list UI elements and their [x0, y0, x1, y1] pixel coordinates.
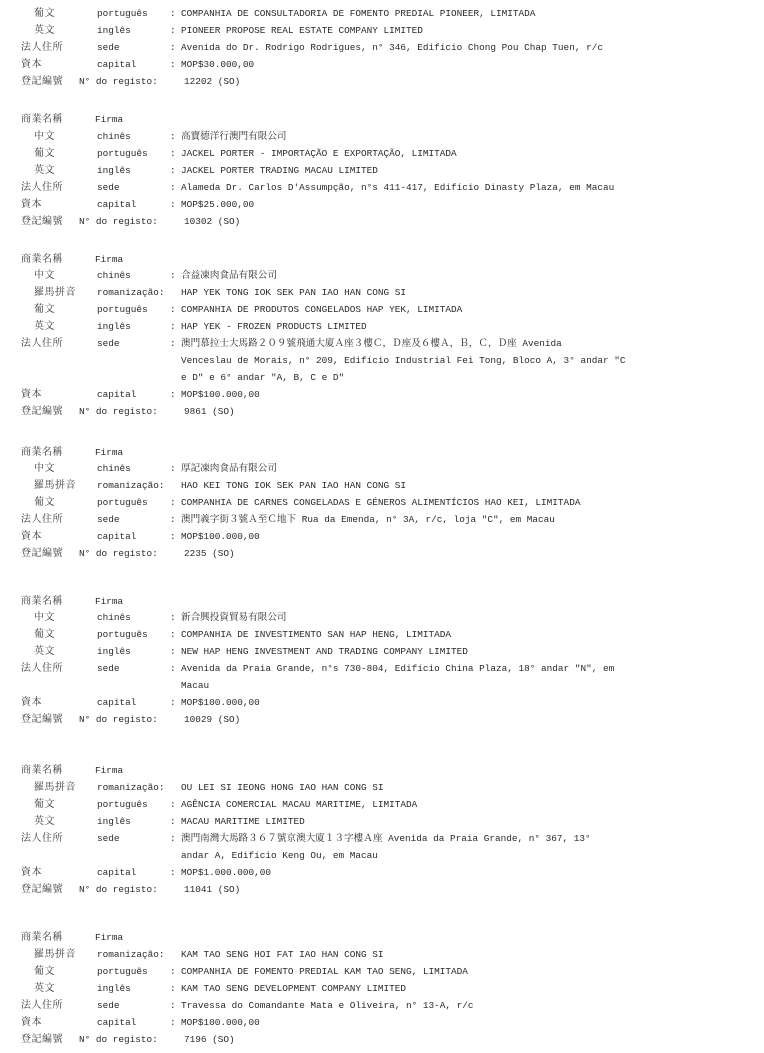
- field-label-zh: 中文: [34, 460, 55, 478]
- field-label-zh: 資本: [21, 864, 42, 882]
- field-label-zh: 羅馬拼音: [34, 284, 76, 302]
- colon: :: [170, 267, 176, 285]
- portuguese-name-value: COMPANHIA DE FOMENTO PREDIAL KAM TAO SEN…: [181, 963, 468, 981]
- field-label-pt: romanização:: [97, 477, 165, 495]
- field-label-pt: romanização:: [97, 946, 165, 964]
- field-label-pt: capital: [97, 196, 136, 214]
- field-label-zh: 中文: [34, 267, 55, 285]
- portuguese-name-value: COMPANHIA DE CONSULTADORIA DE FOMENTO PR…: [181, 5, 535, 23]
- field-label-zh: 法人住所: [21, 335, 63, 353]
- seat-value-pt: Avenida da Praia Grande, n° 367, 13°: [388, 833, 591, 844]
- field-label-zh: 登記編號: [21, 213, 63, 231]
- field-label-zh: 商業名稱: [21, 762, 63, 780]
- chinese-name-value: 高寶德洋行澳門有限公司: [181, 128, 287, 146]
- field-label-zh: 商業名稱: [21, 444, 63, 462]
- colon: :: [170, 997, 176, 1015]
- colon: :: [170, 22, 176, 40]
- seat-value-continuation: Venceslau de Morais, n° 209, Edifício In…: [181, 352, 625, 370]
- field-label-pt: sede: [97, 179, 120, 197]
- colon: :: [170, 528, 176, 546]
- field-label-pt: sede: [97, 39, 120, 57]
- field-label-zh: 中文: [34, 609, 55, 627]
- field-label-pt: Firma: [95, 444, 123, 462]
- field-label-zh: 英文: [34, 643, 55, 661]
- colon: :: [170, 39, 176, 57]
- seat-value-continuation: andar A, Edifício Keng Ou, em Macau: [181, 847, 378, 865]
- capital-value: MOP$100.000,00: [181, 1014, 260, 1032]
- field-label-zh: 中文: [34, 128, 55, 146]
- field-label-zh: 法人住所: [21, 39, 63, 57]
- field-label-pt: português: [97, 301, 148, 319]
- field-label-pt: português: [97, 494, 148, 512]
- english-name-value: HAP YEK - FROZEN PRODUCTS LIMITED: [181, 318, 367, 336]
- field-label-pt: inglês: [97, 22, 131, 40]
- registry-number-value: 11041 (SO): [184, 881, 240, 899]
- romanization-value: KAM TAO SENG HOI FAT IAO HAN CONG SI: [181, 946, 384, 964]
- english-name-value: JACKEL PORTER TRADING MACAU LIMITED: [181, 162, 378, 180]
- field-label-pt: inglês: [97, 162, 131, 180]
- colon: :: [170, 301, 176, 319]
- romanization-value: HAO KEI TONG IOK SEK PAN IAO HAN CONG SI: [181, 477, 406, 495]
- portuguese-name-value: COMPANHIA DE CARNES CONGELADAS E GÉNEROS…: [181, 494, 580, 512]
- chinese-name-value: 合益凍肉食品有限公司: [181, 267, 277, 285]
- romanization-value: HAP YEK TONG IOK SEK PAN IAO HAN CONG SI: [181, 284, 406, 302]
- registry-number-value: 10302 (SO): [184, 213, 240, 231]
- colon: :: [170, 643, 176, 661]
- colon: :: [170, 460, 176, 478]
- seat-value: 澳門慕拉士大馬路２０９號飛通大廈Ａ座３樓Ｃ，Ｄ座及６樓Ａ，Ｂ，Ｃ，Ｄ座 Aven…: [181, 335, 562, 353]
- colon: :: [170, 796, 176, 814]
- field-label-pt: inglês: [97, 643, 131, 661]
- field-label-zh: 登記編號: [21, 711, 63, 729]
- field-label-zh: 登記編號: [21, 881, 63, 899]
- seat-value-continuation: e D" e 6° andar "A, B, C e D": [181, 369, 344, 387]
- seat-value: Alameda Dr. Carlos D'Assumpção, n°s 411-…: [181, 179, 614, 197]
- field-label-pt: inglês: [97, 980, 131, 998]
- field-label-zh: 資本: [21, 196, 42, 214]
- field-label-pt: Firma: [95, 929, 123, 947]
- colon: :: [170, 494, 176, 512]
- capital-value: MOP$30.000,00: [181, 56, 254, 74]
- field-label-pt: sede: [97, 830, 120, 848]
- field-label-pt: capital: [97, 386, 136, 404]
- registry-number-value: 7196 (SO): [184, 1031, 235, 1049]
- field-label-pt: sede: [97, 997, 120, 1015]
- registry-number-value: 2235 (SO): [184, 545, 235, 563]
- english-name-value: PIONEER PROPOSE REAL ESTATE COMPANY LIMI…: [181, 22, 423, 40]
- field-label-zh: 羅馬拼音: [34, 946, 76, 964]
- field-label-zh: 葡文: [34, 626, 55, 644]
- colon: :: [170, 626, 176, 644]
- registry-number-value: 12202 (SO): [184, 73, 240, 91]
- colon: :: [170, 179, 176, 197]
- field-label-pt: chinês: [97, 460, 131, 478]
- field-label-zh: 英文: [34, 318, 55, 336]
- field-label-pt: sede: [97, 335, 120, 353]
- field-label-zh: 英文: [34, 980, 55, 998]
- english-name-value: KAM TAO SENG DEVELOPMENT COMPANY LIMITED: [181, 980, 406, 998]
- field-label-zh: 羅馬拼音: [34, 477, 76, 495]
- field-label-pt: sede: [97, 511, 120, 529]
- capital-value: MOP$1.000.000,00: [181, 864, 271, 882]
- field-label-zh: 登記編號: [21, 73, 63, 91]
- portuguese-name-value: JACKEL PORTER - IMPORTAÇÃO E EXPORTAÇÃO,…: [181, 145, 457, 163]
- field-label-pt: português: [97, 796, 148, 814]
- field-label-zh: 葡文: [34, 301, 55, 319]
- colon: :: [170, 145, 176, 163]
- portuguese-name-value: AGÊNCIA COMERCIAL MACAU MARITIME, LIMITA…: [181, 796, 417, 814]
- portuguese-name-value: COMPANHIA DE PRODUTOS CONGELADOS HAP YEK…: [181, 301, 462, 319]
- seat-value-pt: Rua da Emenda, n° 3A, r/c, loja "C", em …: [302, 514, 555, 525]
- colon: :: [170, 511, 176, 529]
- field-label-zh: 葡文: [34, 796, 55, 814]
- field-label-zh: 登記編號: [21, 1031, 63, 1049]
- capital-value: MOP$100.000,00: [181, 386, 260, 404]
- field-label-zh: 商業名稱: [21, 929, 63, 947]
- chinese-name-value: 厚記凍肉食品有限公司: [181, 460, 277, 478]
- portuguese-name-value: COMPANHIA DE INVESTIMENTO SAN HAP HENG, …: [181, 626, 451, 644]
- seat-value-pt: Avenida: [522, 338, 561, 349]
- field-label-pt: sede: [97, 660, 120, 678]
- field-label-pt: inglês: [97, 813, 131, 831]
- field-label-pt: capital: [97, 56, 136, 74]
- field-label-zh: 法人住所: [21, 830, 63, 848]
- field-label-pt: romanização:: [97, 284, 165, 302]
- colon: :: [170, 609, 176, 627]
- seat-value-zh: 澳門南灣大馬路３６７號京澳大廈１３字樓Ａ座: [181, 833, 382, 844]
- colon: :: [170, 1014, 176, 1032]
- field-label-pt: N° do registo:: [79, 881, 158, 899]
- colon: :: [170, 162, 176, 180]
- seat-value-zh: 澳門慕拉士大馬路２０９號飛通大廈Ａ座３樓Ｃ，Ｄ座及６樓Ａ，Ｂ，Ｃ，Ｄ座: [181, 338, 517, 349]
- field-label-zh: 商業名稱: [21, 251, 63, 269]
- field-label-pt: chinês: [97, 128, 131, 146]
- field-label-zh: 葡文: [34, 963, 55, 981]
- field-label-pt: capital: [97, 1014, 136, 1032]
- colon: :: [170, 196, 176, 214]
- colon: :: [170, 660, 176, 678]
- field-label-zh: 英文: [34, 813, 55, 831]
- field-label-zh: 登記編號: [21, 545, 63, 563]
- english-name-value: MACAU MARITIME LIMITED: [181, 813, 305, 831]
- field-label-zh: 法人住所: [21, 179, 63, 197]
- field-label-pt: capital: [97, 864, 136, 882]
- colon: :: [170, 980, 176, 998]
- field-label-pt: N° do registo:: [79, 73, 158, 91]
- field-label-pt: chinês: [97, 609, 131, 627]
- field-label-pt: capital: [97, 694, 136, 712]
- field-label-zh: 資本: [21, 1014, 42, 1032]
- colon: :: [170, 5, 176, 23]
- field-label-zh: 商業名稱: [21, 111, 63, 129]
- field-label-pt: N° do registo:: [79, 403, 158, 421]
- field-label-zh: 羅馬拼音: [34, 779, 76, 797]
- capital-value: MOP$100.000,00: [181, 694, 260, 712]
- colon: :: [170, 128, 176, 146]
- field-label-pt: Firma: [95, 593, 123, 611]
- field-label-pt: Firma: [95, 251, 123, 269]
- field-label-pt: inglês: [97, 318, 131, 336]
- field-label-zh: 資本: [21, 528, 42, 546]
- seat-value: 澳門南灣大馬路３６７號京澳大廈１３字樓Ａ座 Avenida da Praia G…: [181, 830, 591, 848]
- registry-number-value: 9861 (SO): [184, 403, 235, 421]
- colon: :: [170, 335, 176, 353]
- colon: :: [170, 694, 176, 712]
- romanization-value: OU LEI SI IEONG HONG IAO HAN CONG SI: [181, 779, 384, 797]
- field-label-zh: 葡文: [34, 494, 55, 512]
- field-label-pt: português: [97, 963, 148, 981]
- field-label-zh: 葡文: [34, 5, 55, 23]
- field-label-zh: 法人住所: [21, 997, 63, 1015]
- field-label-pt: chinês: [97, 267, 131, 285]
- colon: :: [170, 830, 176, 848]
- field-label-pt: capital: [97, 528, 136, 546]
- registry-number-value: 10029 (SO): [184, 711, 240, 729]
- field-label-zh: 法人住所: [21, 660, 63, 678]
- seat-value-continuation: Macau: [181, 677, 209, 695]
- field-label-pt: N° do registo:: [79, 545, 158, 563]
- field-label-pt: Firma: [95, 762, 123, 780]
- field-label-pt: português: [97, 145, 148, 163]
- capital-value: MOP$25.000,00: [181, 196, 254, 214]
- capital-value: MOP$100.000,00: [181, 528, 260, 546]
- seat-value-zh: 澳門義字街３號Ａ至Ｃ地下: [181, 514, 296, 525]
- colon: :: [170, 813, 176, 831]
- colon: :: [170, 864, 176, 882]
- chinese-name-value: 新合興投資貿易有限公司: [181, 609, 287, 627]
- field-label-zh: 資本: [21, 386, 42, 404]
- field-label-pt: português: [97, 5, 148, 23]
- english-name-value: NEW HAP HENG INVESTMENT AND TRADING COMP…: [181, 643, 468, 661]
- field-label-zh: 商業名稱: [21, 593, 63, 611]
- field-label-pt: português: [97, 626, 148, 644]
- seat-value: Travessa do Comandante Mata e Oliveira, …: [181, 997, 474, 1015]
- field-label-zh: 登記編號: [21, 403, 63, 421]
- field-label-pt: N° do registo:: [79, 1031, 158, 1049]
- field-label-zh: 資本: [21, 694, 42, 712]
- colon: :: [170, 318, 176, 336]
- colon: :: [170, 386, 176, 404]
- colon: :: [170, 963, 176, 981]
- field-label-zh: 葡文: [34, 145, 55, 163]
- field-label-zh: 法人住所: [21, 511, 63, 529]
- field-label-pt: romanização:: [97, 779, 165, 797]
- field-label-zh: 英文: [34, 162, 55, 180]
- field-label-zh: 英文: [34, 22, 55, 40]
- seat-value: Avenida da Praia Grande, n°s 730-804, Ed…: [181, 660, 614, 678]
- colon: :: [170, 56, 176, 74]
- field-label-zh: 資本: [21, 56, 42, 74]
- seat-value: Avenida do Dr. Rodrigo Rodrigues, n° 346…: [181, 39, 603, 57]
- field-label-pt: N° do registo:: [79, 711, 158, 729]
- seat-value: 澳門義字街３號Ａ至Ｃ地下 Rua da Emenda, n° 3A, r/c, …: [181, 511, 555, 529]
- field-label-pt: N° do registo:: [79, 213, 158, 231]
- field-label-pt: Firma: [95, 111, 123, 129]
